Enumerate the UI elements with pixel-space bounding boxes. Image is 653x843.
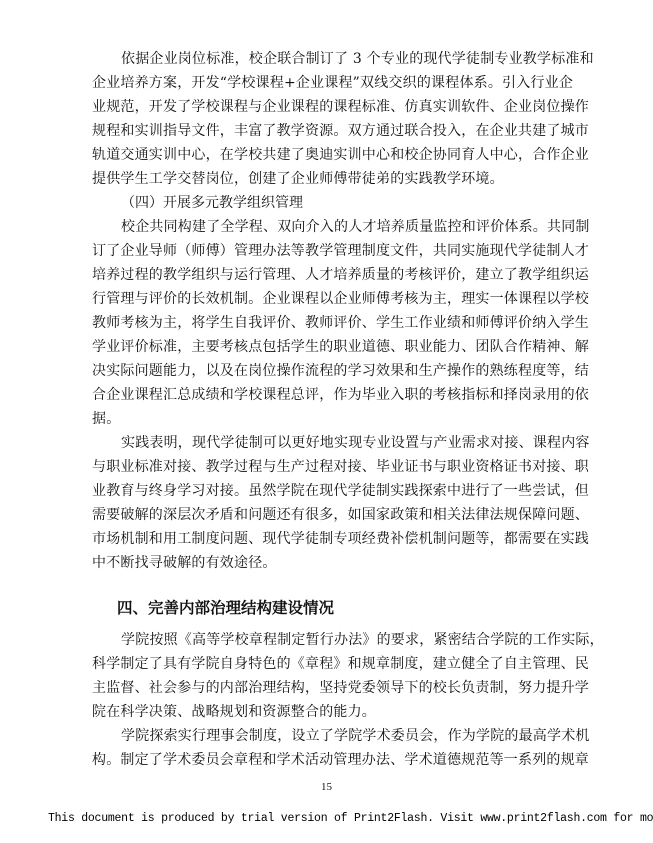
paragraph-1-line: 依据企业岗位标准，校企联合制订了 3 个专业的现代学徒制专业教学标准和 bbox=[121, 50, 506, 68]
paragraph-4-line: 学院按照《高等学校章程制定暂行办法》的要求，紧密结合学院的工作实际， bbox=[121, 631, 506, 649]
paragraph-2-line: 培养过程的教学组织与运行管理、人才培养质量的考核评价，建立了教学组织运 bbox=[92, 266, 506, 284]
paragraph-3-line: 需要破解的深层次矛盾和问题还有很多，如国家政策和相关法律法规保障问题、 bbox=[92, 506, 506, 524]
paragraph-2-line: 决实际问题能力，以及在岗位操作流程的学习效果和生产操作的熟练程度等，结 bbox=[92, 362, 506, 380]
document-page: 依据企业岗位标准，校企联合制订了 3 个专业的现代学徒制专业教学标准和 企业培养… bbox=[0, 0, 653, 843]
paragraph-1-line: 业规范，开发了学校课程与企业课程的课程标准、仿真实训软件、企业岗位操作 bbox=[92, 98, 506, 116]
paragraph-5-line: 构。制定了学术委员会章程和学术活动管理办法、学术道德规范等一系列的规章 bbox=[92, 751, 506, 769]
paragraph-4-line: 院在科学决策、战略规划和资源整合的能力。 bbox=[92, 703, 506, 721]
paragraph-2-line: 校企共同构建了全学程、双向介入的人才培养质量监控和评价体系。共同制 bbox=[121, 218, 506, 236]
paragraph-1-line: 企业培养方案，开发“学校课程+企业课程”双线交织的课程体系。引入行业企 bbox=[92, 74, 506, 92]
paragraph-1-line: 轨道交通实训中心，在学校共建了奥迪实训中心和校企协同育人中心，合作企业 bbox=[92, 146, 506, 164]
trial-watermark: This document is produced by trial versi… bbox=[48, 812, 653, 825]
paragraph-3-line: 市场机制和用工制度问题、现代学徒制专项经费补偿机制问题等，都需要在实践 bbox=[92, 530, 506, 548]
paragraph-3-line: 中不断找寻破解的有效途径。 bbox=[92, 554, 506, 572]
paragraph-1-line: 规程和实训指导文件，丰富了教学资源。双方通过联合投入，在企业共建了城市 bbox=[92, 122, 506, 140]
paragraph-3-line: 与职业标准对接、教学过程与生产过程对接、毕业证书与职业资格证书对接、职 bbox=[92, 458, 506, 476]
paragraph-1-line: 提供学生工学交替岗位，创建了企业师傅带徒弟的实践教学环境。 bbox=[92, 170, 506, 188]
paragraph-3-line: 业教育与终身学习对接。虽然学院在现代学徒制实践探索中进行了一些尝试，但 bbox=[92, 482, 506, 500]
paragraph-4-line: 科学制定了具有学院自身特色的《章程》和规章制度，建立健全了自主管理、民 bbox=[92, 655, 506, 673]
paragraph-5-line: 学院探索实行理事会制度，设立了学院学术委员会，作为学院的最高学术机 bbox=[121, 727, 506, 745]
paragraph-2-line: 合企业课程汇总成绩和学校课程总评，作为毕业入职的考核指标和择岗录用的依 bbox=[92, 386, 506, 404]
paragraph-2-line: 学业评价标准，主要考核点包括学生的职业道德、职业能力、团队合作精神、解 bbox=[92, 338, 506, 356]
page-number: 15 bbox=[0, 781, 653, 793]
paragraph-2-line: 据。 bbox=[92, 410, 506, 428]
paragraph-2-line: 订了企业导师（师傅）管理办法等教学管理制度文件，共同实施现代学徒制人才 bbox=[92, 242, 506, 260]
paragraph-2-line: 教师考核为主，将学生自我评价、教师评价、学生工作业绩和师傅评价纳入学生 bbox=[92, 314, 506, 332]
paragraph-2-line: 行管理与评价的长效机制。企业课程以企业师傅考核为主，理实一体课程以学校 bbox=[92, 290, 506, 308]
subheading: （四）开展多元教学组织管理 bbox=[121, 194, 303, 212]
section-heading: 四、完善内部治理结构建设情况 bbox=[117, 598, 334, 618]
paragraph-3-line: 实践表明，现代学徒制可以更好地实现专业设置与产业需求对接、课程内容 bbox=[121, 434, 506, 452]
paragraph-4-line: 主监督、社会参与的内部治理结构，坚持党委领导下的校长负责制，努力提升学 bbox=[92, 679, 506, 697]
